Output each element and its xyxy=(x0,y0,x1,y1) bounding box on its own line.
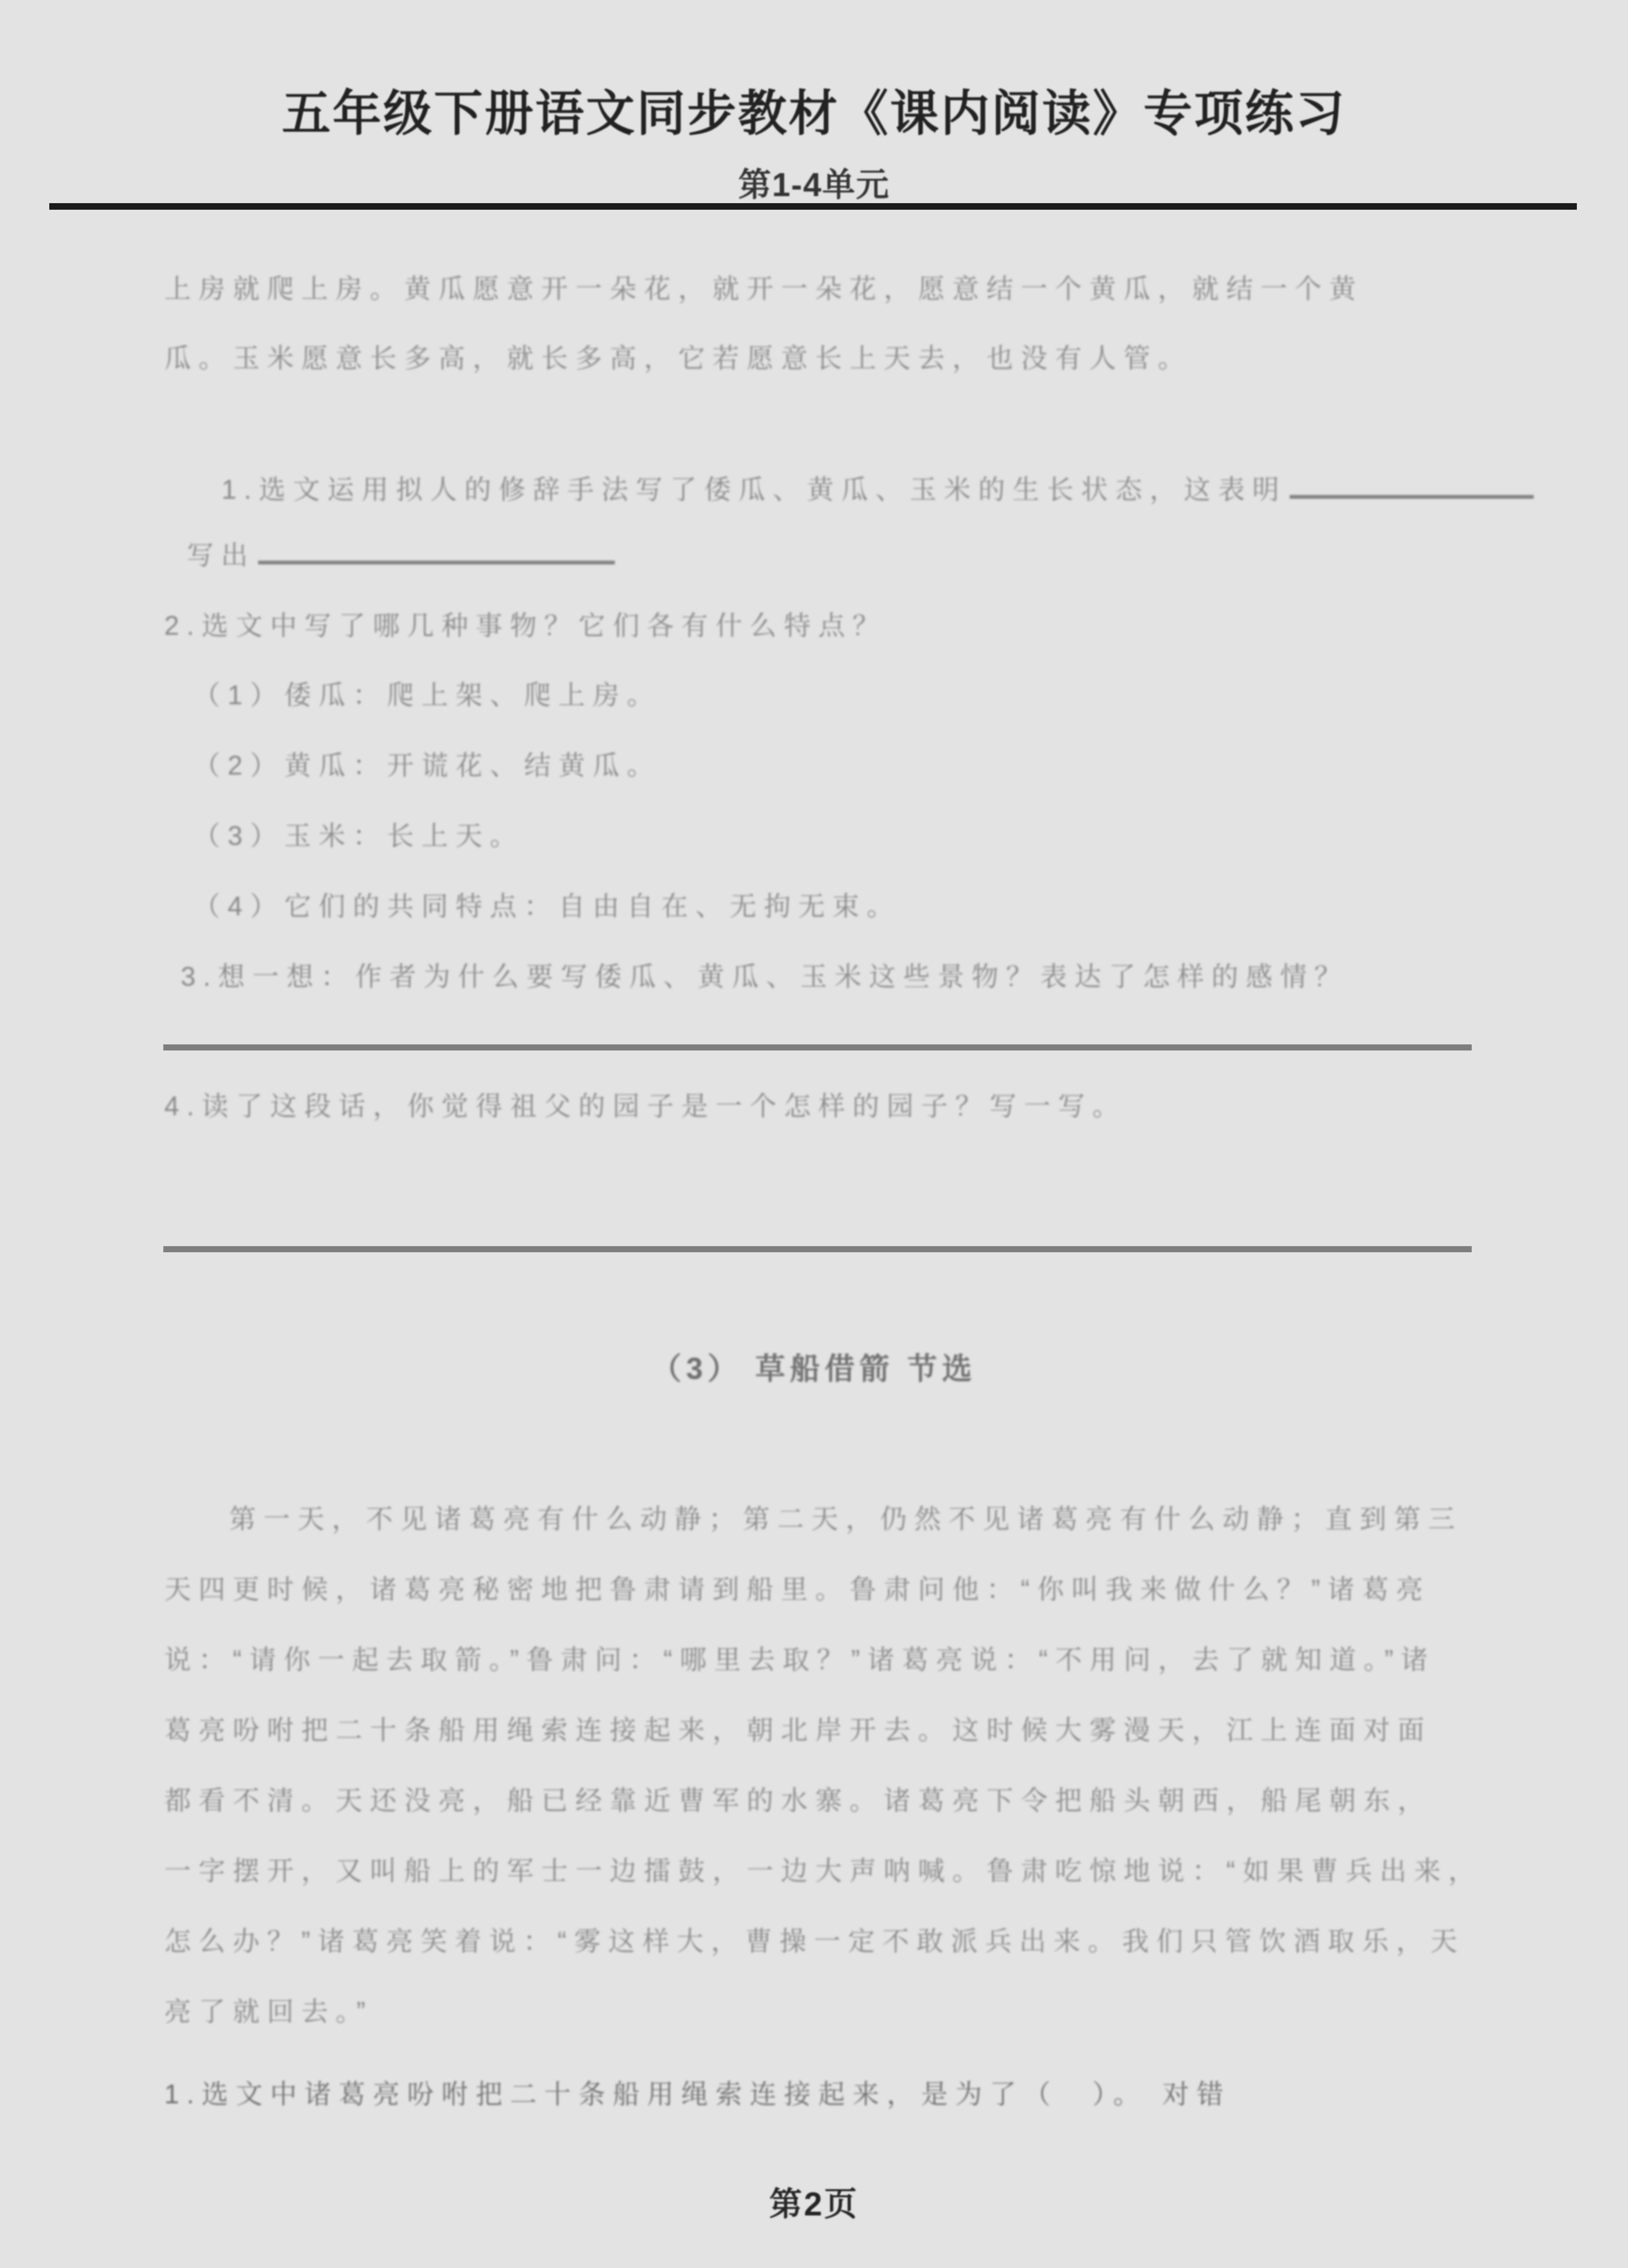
fill-in-blank-line xyxy=(258,561,615,564)
excerpt-line: 怎么办？”诸葛亮笑着说：“雾这样大，曹操一定不敢派兵出来。我们只管饮酒取乐，天 xyxy=(164,1920,1465,1958)
question-1-text: 1.选文运用拟人的修辞手法写了倭瓜、黄瓜、玉米的生长状态，这表明 xyxy=(222,475,1287,505)
sub-item-4: （4）它们的共同特点：自由自在、无拘无束。 xyxy=(193,885,901,923)
question-2: 2.选文中写了哪几种事物？它们各有什么特点？ xyxy=(164,604,887,643)
answer-line xyxy=(163,1044,1472,1050)
question-4: 4.读了这段话，你觉得祖父的园子是一个怎样的园子？写一写。 xyxy=(164,1085,1127,1123)
excerpt-question-1: 1.选文中诸葛亮吩咐把二十条船用绳索连接起来，是为了（ ）。 对错 xyxy=(164,2073,1231,2111)
question-3: 3.想一想：作者为什么要写倭瓜、黄瓜、玉米这些景物？表达了怎样的感情？ xyxy=(181,955,1349,994)
worksheet-page: 五年级下册语文同步教材《课内阅读》专项练习 第1-4单元 上房就爬上房。黄瓜愿意… xyxy=(0,0,1628,2268)
excerpt-line: 葛亮吩咐把二十条船用绳索连接起来，朝北岸开去。这时候大雾漫天，江上连面对面 xyxy=(164,1709,1432,1747)
excerpt-line: 天四更时候，诸葛亮秘密地把鲁肃请到船里。鲁肃问他：“你叫我来做什么？”诸葛亮 xyxy=(164,1568,1430,1606)
page-title: 五年级下册语文同步教材《课内阅读》专项练习 xyxy=(0,74,1628,145)
page-subtitle: 第1-4单元 xyxy=(0,159,1628,206)
question-1-continued: 写出 xyxy=(187,534,615,572)
passage-end-line: 瓜。玉米愿意长多高，就长多高，它若愿意长上天去，也没有人管。 xyxy=(164,337,1192,375)
answer-line xyxy=(163,1246,1472,1252)
question-1: 1.选文运用拟人的修辞手法写了倭瓜、黄瓜、玉米的生长状态，这表明 xyxy=(222,468,1534,507)
sub-item-2: （2）黄瓜：开谎花、结黄瓜。 xyxy=(193,744,661,783)
excerpt-line: 第一天，不见诸葛亮有什么动静；第二天，仍然不见诸葛亮有什么动静；直到第三 xyxy=(229,1498,1462,1536)
excerpt-line: 一字摆开，又叫船上的军士一边擂鼓，一边大声呐喊。鲁肃吃惊地说：“如果曹兵出来， xyxy=(164,1849,1483,1888)
sub-item-3: （3）玉米：长上天。 xyxy=(193,814,524,853)
excerpt-line: 都看不清。天还没亮，船已经靠近曹军的水寨。诸葛亮下令把船头朝西，船尾朝东， xyxy=(164,1779,1432,1818)
section-heading: （3） 草船借箭 节选 xyxy=(0,1345,1628,1388)
sub-item-1: （1）倭瓜：爬上架、爬上房。 xyxy=(193,674,661,712)
passage-end-line: 上房就爬上房。黄瓜愿意开一朵花，就开一朵花，愿意结一个黄瓜，就结一个黄 xyxy=(164,267,1363,306)
page-number: 第2页 xyxy=(0,2178,1628,2225)
question-1-cont-text: 写出 xyxy=(187,540,255,571)
fill-in-blank-line xyxy=(1290,495,1534,499)
excerpt-line: 亮了就回去。” xyxy=(164,1990,373,2029)
title-divider xyxy=(49,203,1577,210)
excerpt-line: 说：“请你一起去取箭。”鲁肃问：“哪里去取？”诸葛亮说：“不用问，去了就知道。”… xyxy=(164,1638,1435,1677)
